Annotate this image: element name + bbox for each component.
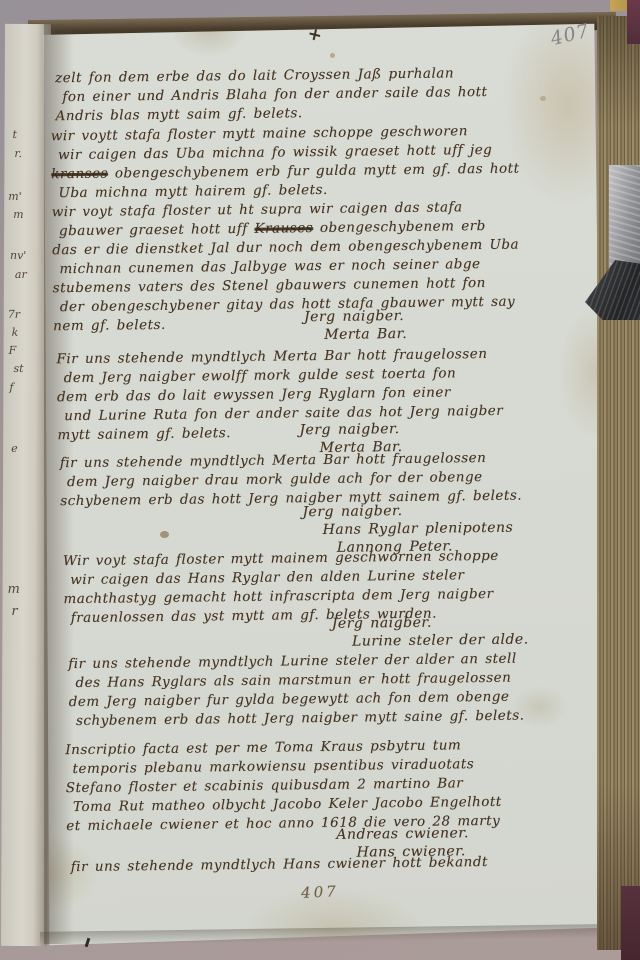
signature-name: Jerg naigber. [332, 612, 529, 632]
signature-name: Andreas cwiener. [336, 824, 469, 844]
folio-number-bottom: 407 [301, 882, 339, 902]
paragraph-7-latin-inscriptio: Inscriptio facta est per me Toma Kraus p… [65, 736, 502, 836]
paragraph-3: Fir uns stehende myndtlych Merta Bar hot… [56, 345, 503, 445]
manuscript-line: mytt sainem gf. belets. [57, 421, 503, 445]
signature-name: Hans Ryglar plenipotens [323, 519, 514, 539]
handwriting-layer: + 407 zelt fon dem erbe das do lait Croy… [0, 0, 640, 960]
struck-word: Krauses [254, 220, 313, 237]
manuscript-line: fir uns stehende myndtlych Hans cwiener … [71, 854, 488, 875]
signature-block-4: Jerg naigber. Lurine steler der alde. [332, 612, 529, 650]
paragraph-1: zelt fon dem erbe das do lait Croyssen J… [55, 64, 488, 126]
line-text: obengeschybenem erb fur gulda mytt em gf… [108, 161, 520, 182]
folio-number-pencil: 407 [549, 20, 592, 51]
signature-name: Jerg naigber. [304, 307, 407, 326]
paragraph-6: fir uns stehende myndtlych Lurine steler… [68, 650, 524, 732]
manuscript-line: schybenem erb das hott Jerg naigber mytt… [76, 707, 525, 731]
paragraph-2: wir voytt stafa floster mytt maine schop… [51, 122, 522, 337]
line-text: gbauwer graeset hott uff [59, 221, 255, 239]
signature-name: Jerg naigber. [299, 420, 402, 439]
signature-block-1: Jerg naigber. Merta Bar. [304, 307, 407, 344]
signature-name: Lurine steler der alde. [352, 630, 529, 650]
invocation-cross-mark: + [305, 24, 324, 47]
line-text: obengeschybenem erb [313, 218, 486, 236]
struck-word: kranses [51, 166, 108, 183]
signature-name: Merta Bar. [324, 325, 407, 344]
